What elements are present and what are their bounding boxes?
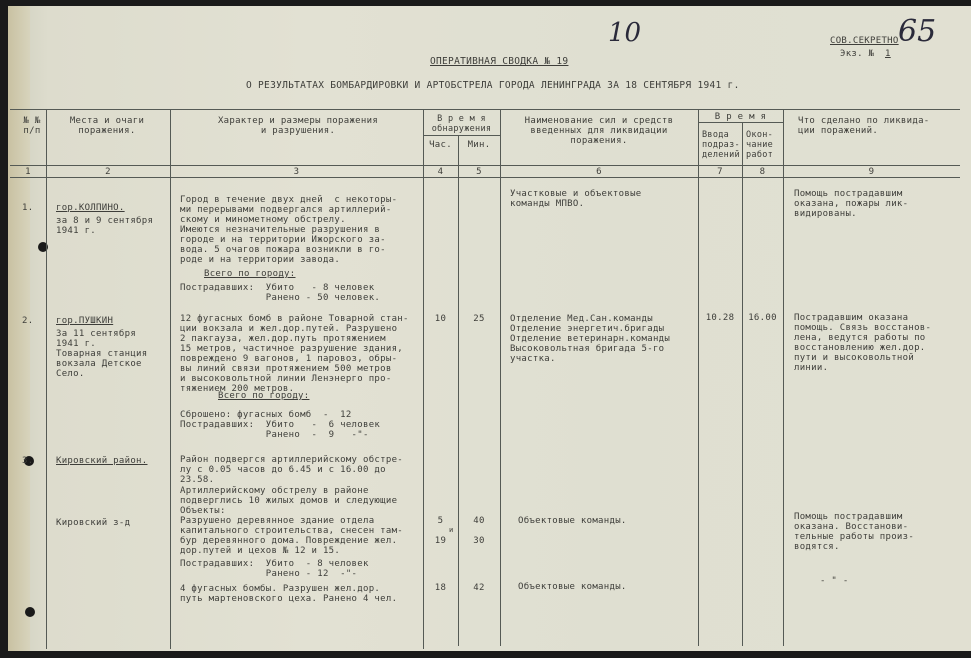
column-number: 6	[500, 167, 698, 177]
copy-label: Экз. №	[840, 49, 874, 59]
header-response-time: В р е м я	[698, 112, 783, 122]
row-sub-result: - " -	[820, 576, 849, 586]
row-sub-description: 4 фугасных бомбы. Разрушен жел.дор. путь…	[180, 584, 397, 604]
column-divider	[46, 109, 47, 649]
header-detection-time: В р е м я обнаружения	[423, 114, 500, 134]
row-subplace: Кировский з-д	[56, 518, 130, 528]
header-description: Характер и размеры поражения и разрушени…	[178, 116, 418, 136]
row-forces: Участковые и объектовые команды МПВО.	[510, 189, 642, 209]
table-border	[10, 165, 960, 166]
row-result: Пострадавшим оказана помощь. Связь восст…	[794, 313, 931, 373]
row-number: 2.	[22, 316, 33, 326]
column-number: 1	[10, 167, 46, 177]
row-place: Кировский район.	[56, 456, 148, 466]
column-number: 2	[46, 167, 170, 177]
row-description: Район подвергся артиллерийскому обстре- …	[180, 455, 403, 485]
row-total-label: Всего по городу:	[218, 391, 310, 401]
table-border	[698, 122, 783, 123]
punch-hole	[25, 607, 35, 617]
handwritten-page-number: 10	[608, 18, 641, 48]
column-number: 4	[423, 167, 458, 177]
row-end-time: 16.00	[742, 313, 783, 323]
header-num: № № п/п	[18, 116, 46, 136]
table-border	[10, 109, 960, 110]
column-number: 8	[742, 167, 783, 177]
row-sub-forces: Объектовые команды.	[518, 582, 627, 592]
row-description: Город в течение двух дней с некоторы- ми…	[180, 195, 397, 265]
row-hour: 10	[423, 314, 458, 324]
column-number: 7	[698, 167, 742, 177]
row-sub-minute: 42	[458, 583, 500, 593]
column-divider	[423, 109, 424, 649]
row-sub-forces: Объектовые команды.	[518, 516, 627, 526]
table-border	[423, 135, 500, 136]
row-number: 3.	[22, 456, 33, 466]
column-divider	[742, 122, 743, 646]
table-border	[10, 177, 960, 178]
row-number: 1.	[22, 203, 33, 213]
row-description: 12 фугасных бомб в районе Товарной стан-…	[180, 314, 409, 394]
column-divider	[170, 109, 171, 649]
handwritten-sheet-number: 65	[898, 14, 936, 49]
row-place-detail: За 11 сентября 1941 г. Товарная станция …	[56, 329, 148, 379]
classification-stamp: СОВ.СЕКРЕТНО	[830, 36, 899, 46]
row-entry-time: 10.28	[698, 313, 742, 323]
row-sub-casualties: Пострадавших: Убито - 8 человек Ранено -…	[180, 559, 369, 579]
header-forces: Наименование сил и средств введенных для…	[504, 116, 694, 146]
column-divider	[783, 109, 784, 646]
row-casualties: Сброшено: фугасных бомб - 12 Пострадавши…	[180, 410, 380, 440]
row-sub-minute: 40 30	[458, 516, 500, 546]
header-entry-time: Ввода подраз- делений	[702, 130, 740, 160]
column-divider	[698, 109, 699, 646]
row-minute: 25	[458, 314, 500, 324]
row-place-detail: за 8 и 9 сентября 1941 г.	[56, 216, 153, 236]
row-sub-hour-separator: и	[449, 525, 454, 535]
header-hour: Час.	[423, 140, 458, 150]
header-result: Что сделано по ликвида- ции поражений.	[798, 116, 930, 136]
row-forces: Отделение Мед.Сан.команды Отделение энер…	[510, 314, 670, 364]
column-number: 9	[783, 167, 960, 177]
document-title: ОПЕРАТИВНАЯ СВОДКА № 19	[430, 57, 568, 67]
row-place: гор.ПУШКИН	[56, 316, 113, 326]
header-place: Места и очаги поражения.	[52, 116, 162, 136]
row-total-label: Всего по городу:	[204, 269, 296, 279]
document-subtitle: О РЕЗУЛЬТАТАХ БОМБАРДИРОВКИ И АРТОБСТРЕЛ…	[246, 81, 740, 91]
header-end-time: Окон- чание работ	[746, 130, 773, 160]
row-result: Помощь пострадавшим оказана, пожары лик-…	[794, 189, 908, 219]
header-minute: Мин.	[458, 140, 500, 150]
row-sub-description: Разрушено деревянное здание отдела капит…	[180, 516, 403, 556]
document-page: 10 65 СОВ.СЕКРЕТНО Экз. № 1 ОПЕРАТИВНАЯ …	[8, 6, 971, 651]
row-sub-result: Помощь пострадавшим оказана. Восстанови-…	[794, 512, 914, 552]
row-description-objects: Артиллерийскому обстрелу в районе подвер…	[180, 486, 397, 516]
column-divider	[500, 109, 501, 646]
column-number: 3	[170, 167, 423, 177]
column-number: 5	[458, 167, 500, 177]
copy-number: 1	[885, 49, 891, 59]
row-sub-hour: 18	[423, 583, 458, 593]
row-place: гор.КОЛПИНО.	[56, 203, 125, 213]
row-casualties: Пострадавших: Убито - 8 человек Ранено -…	[180, 283, 380, 303]
column-divider	[458, 135, 459, 646]
